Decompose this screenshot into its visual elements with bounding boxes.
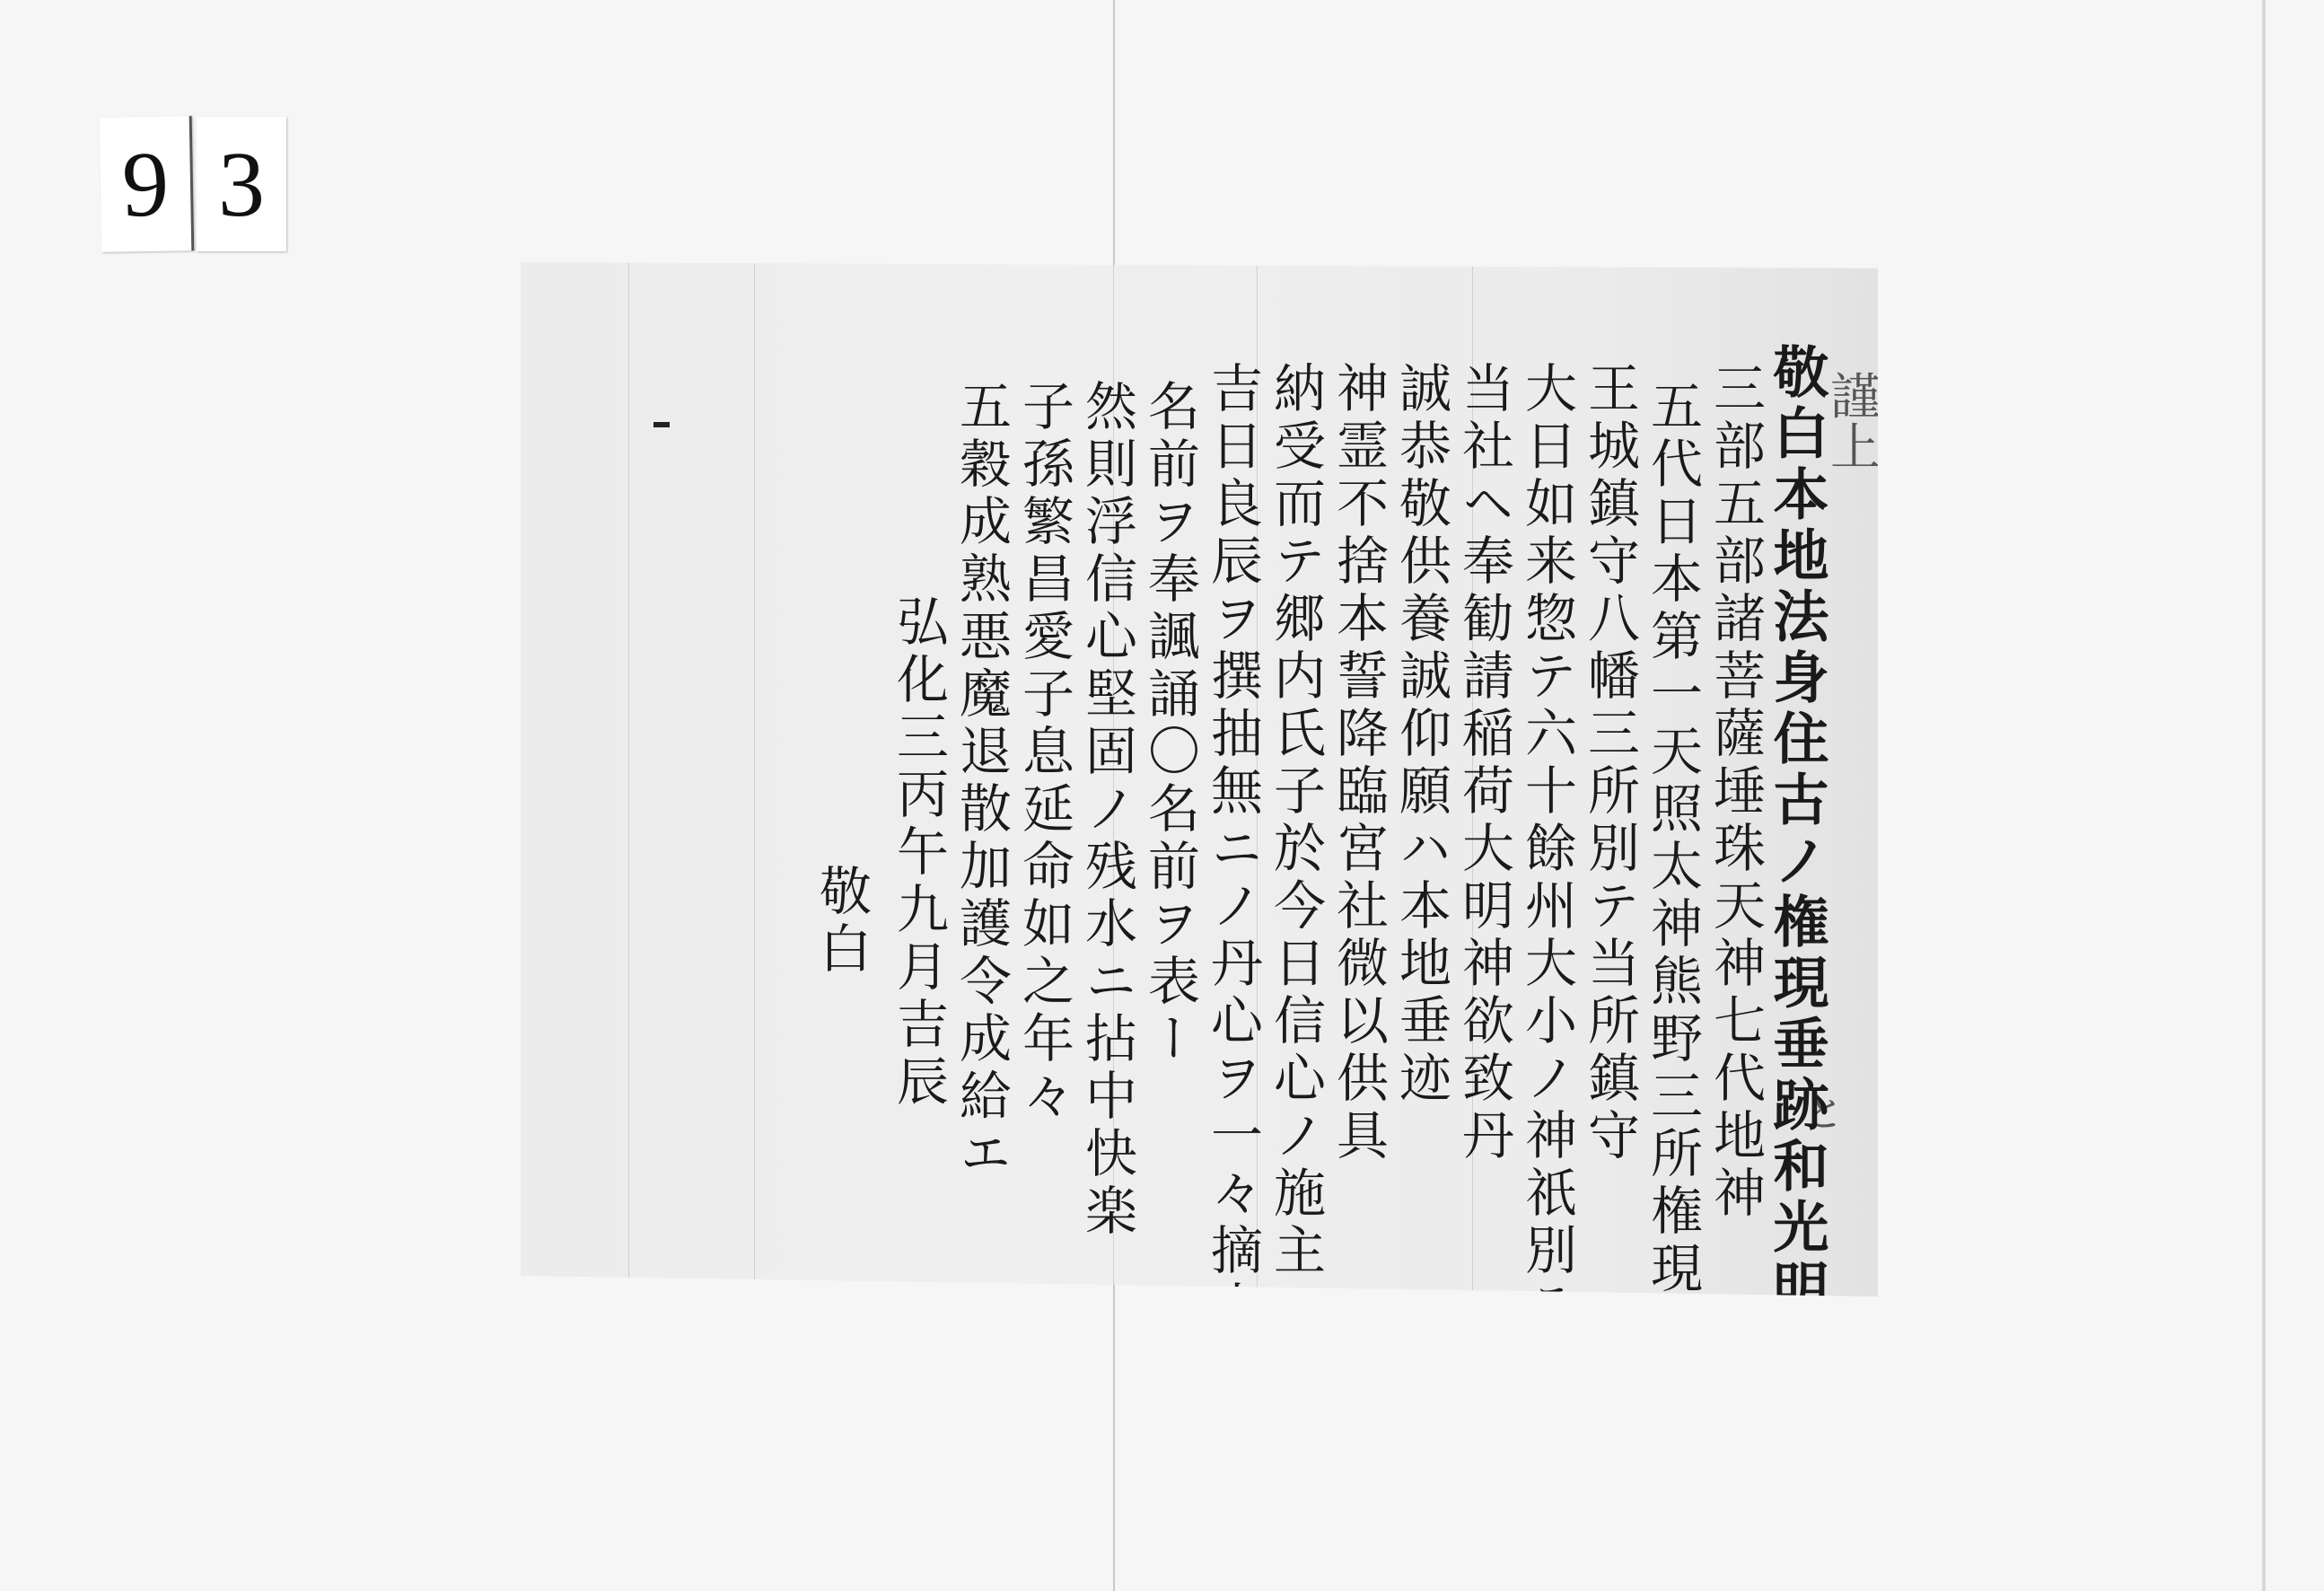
vertical-text-block: 敬白本地法身住古ノ権現垂跡和光明神 三部五部諸菩薩埵珠天神七代地神 五代日本第一… [810,325,1824,1259]
text-column: 然則浮信心堅固ノ残水ニ拈中快楽 [1075,325,1133,1259]
paper-crease [754,262,755,1297]
date-column: 弘化三丙午九月吉辰 [873,325,944,1259]
closing-signature: 敬白 [810,325,867,1259]
plate-number-label: 9 3 [101,117,286,251]
text-column: 三部五部諸菩薩埵珠天神七代地神 [1704,325,1761,1259]
text-column: 当社ヘ奉勧請稲荷大明神欲致丹 [1452,325,1510,1259]
plate-number-digit: 9 [100,116,195,252]
plate-number-digit: 3 [197,117,286,251]
text-column: 名前ヲ奉諷誦〇名前ヲ表ー [1138,325,1196,1259]
manuscript-sheet: 謹上 と 敬白本地法身住古ノ権現垂跡和光明神 三部五部諸菩薩埵珠天神七代地神 五… [521,262,1878,1297]
text-column: 神霊不捨本誓降臨宮社微以供具 [1327,325,1384,1259]
text-column: 王城鎮守八幡三所別テ当所鎮守 [1578,325,1636,1259]
text-column: 誠恭敬供養誠仰願ハ本地垂迹 [1390,325,1447,1259]
text-column-title: 敬白本地法身住古ノ権現垂跡和光明神 [1767,325,1824,1259]
text-column: 大日如来惣テ六十餘州大小ノ神祇別テ [1515,325,1573,1259]
bullet-mark [653,422,670,427]
text-column: 吉日良辰ヲ撰抽無ニノ丹心ヲ一々摘中 [1201,325,1258,1259]
text-column: 納受而テ郷内氏子於今日信心ノ施主 [1264,325,1321,1259]
text-column: 五代日本第一天照太神熊野三所権現 [1641,325,1698,1259]
text-column: 五穀成熟悪魔退散加護令成給エ [950,325,1007,1259]
board-right-edge [2262,0,2266,1591]
paper-crease [628,262,629,1297]
text-column: 子孫繁昌愛子息延命如之年々 [1013,325,1070,1259]
